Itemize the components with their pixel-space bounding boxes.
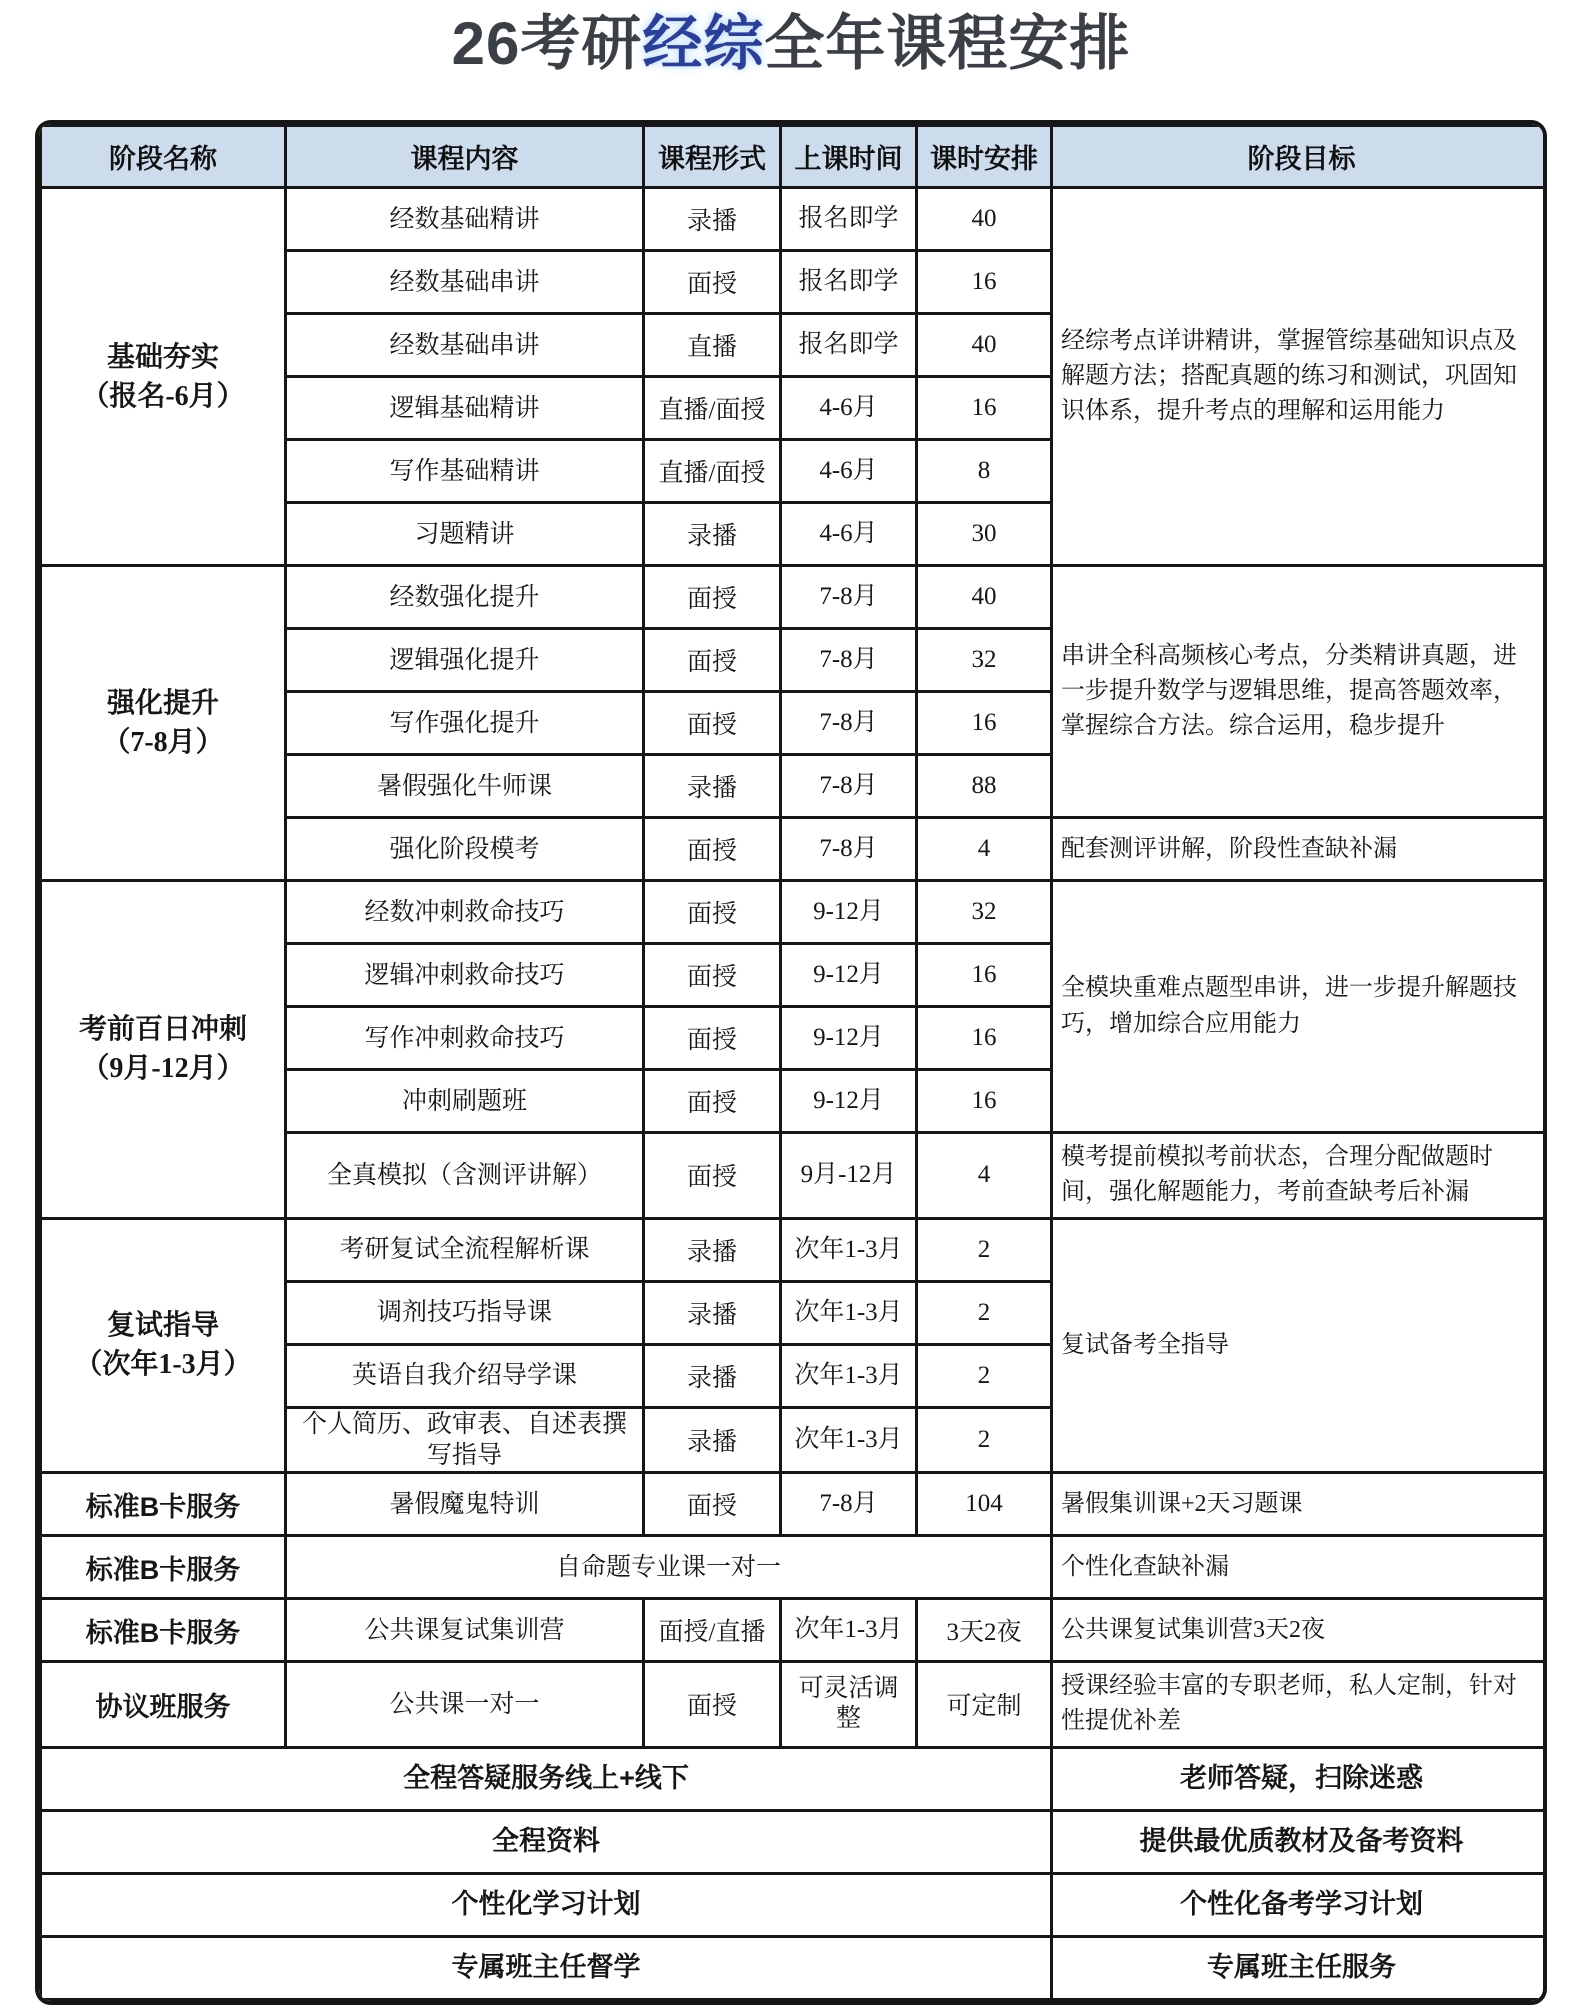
- course-cell: 个人简历、政审表、自述表撰写指导: [286, 1407, 644, 1473]
- service-stage-cell: 标准B卡服务: [41, 1599, 286, 1662]
- course-cell: 经数基础串讲: [286, 251, 644, 314]
- hours-cell: 16: [917, 1070, 1052, 1133]
- time-cell: 报名即学: [781, 188, 917, 251]
- hours-cell: 2: [917, 1281, 1052, 1344]
- stage-dates: （9月-12月）: [46, 1049, 280, 1088]
- hours-cell: 2: [917, 1344, 1052, 1407]
- time-cell: 7-8月: [781, 1473, 917, 1536]
- course-cell: 写作冲刺救命技巧: [286, 1007, 644, 1070]
- table-row: 标准B卡服务 暑假魔鬼特训 面授 7-8月 104 暑假集训课+2天习题课: [41, 1473, 1548, 1536]
- course-cell: 公共课复试集训营: [286, 1599, 644, 1662]
- format-cell: 面授/直播: [644, 1599, 781, 1662]
- course-cell: 写作基础精讲: [286, 440, 644, 503]
- course-cell: 冲刺刷题班: [286, 1070, 644, 1133]
- table-row: 专属班主任督学 专属班主任服务: [41, 1936, 1548, 1999]
- time-cell: 报名即学: [781, 251, 917, 314]
- format-cell: 录播: [644, 503, 781, 566]
- footer-label-cell: 全程资料: [41, 1810, 1052, 1873]
- hours-cell: 2: [917, 1218, 1052, 1281]
- format-cell: 面授: [644, 629, 781, 692]
- time-cell: 次年1-3月: [781, 1599, 917, 1662]
- stage-cell: 强化提升 （7-8月）: [41, 566, 286, 881]
- format-cell: 直播: [644, 314, 781, 377]
- time-cell: 报名即学: [781, 314, 917, 377]
- table-row: 个性化学习计划 个性化备考学习计划: [41, 1873, 1548, 1936]
- hours-cell: 40: [917, 314, 1052, 377]
- course-cell: 暑假强化牛师课: [286, 755, 644, 818]
- format-cell: 录播: [644, 1407, 781, 1473]
- goal-cell: 经综考点详讲精讲，掌握管综基础知识点及解题方法；搭配真题的练习和测试，巩固知识体…: [1052, 188, 1548, 566]
- goal-cell: 公共课复试集训营3天2夜: [1052, 1599, 1548, 1662]
- time-cell: 9-12月: [781, 1070, 917, 1133]
- time-cell: 7-8月: [781, 566, 917, 629]
- goal-cell: 全模块重难点题型串讲，进一步提升解题技巧，增加综合应用能力: [1052, 881, 1548, 1133]
- format-cell: 面授: [644, 692, 781, 755]
- table-header-row: 阶段名称 课程内容 课程形式 上课时间 课时安排 阶段目标: [41, 126, 1548, 188]
- title-prefix: 26考研: [452, 10, 643, 77]
- footer-label-cell: 全程答疑服务线上+线下: [41, 1747, 1052, 1810]
- hours-cell: 32: [917, 881, 1052, 944]
- course-cell: 经数基础串讲: [286, 314, 644, 377]
- course-cell: 经数基础精讲: [286, 188, 644, 251]
- format-cell: 录播: [644, 1218, 781, 1281]
- footer-goal-cell: 老师答疑，扫除迷惑: [1052, 1747, 1548, 1810]
- hours-cell: 40: [917, 566, 1052, 629]
- hours-cell: 8: [917, 440, 1052, 503]
- course-cell: 调剂技巧指导课: [286, 1281, 644, 1344]
- format-cell: 面授: [644, 566, 781, 629]
- course-cell: 写作强化提升: [286, 692, 644, 755]
- format-cell: 面授: [644, 1473, 781, 1536]
- time-cell: 7-8月: [781, 629, 917, 692]
- course-cell: 暑假魔鬼特训: [286, 1473, 644, 1536]
- table-row: 协议班服务 公共课一对一 面授 可灵活调整 可定制 授课经验丰富的专职老师，私人…: [41, 1662, 1548, 1748]
- page-title: 26考研经综全年课程安排: [0, 10, 1582, 77]
- hours-cell: 可定制: [917, 1662, 1052, 1748]
- goal-cell: 授课经验丰富的专职老师，私人定制，针对性提优补差: [1052, 1662, 1548, 1748]
- format-cell: 录播: [644, 1281, 781, 1344]
- table-row: 复试指导 （次年1-3月） 考研复试全流程解析课 录播 次年1-3月 2 复试备…: [41, 1218, 1548, 1281]
- time-cell: 4-6月: [781, 440, 917, 503]
- format-cell: 面授: [644, 818, 781, 881]
- goal-cell: 串讲全科高频核心考点，分类精讲真题，进一步提升数学与逻辑思维，提高答题效率，掌握…: [1052, 566, 1548, 818]
- hours-cell: 16: [917, 251, 1052, 314]
- title-highlight: 经综: [642, 10, 764, 77]
- goal-cell: 复试备考全指导: [1052, 1218, 1548, 1473]
- service-stage-cell: 标准B卡服务: [41, 1473, 286, 1536]
- course-cell: 经数冲刺救命技巧: [286, 881, 644, 944]
- title-suffix: 全年课程安排: [764, 10, 1130, 77]
- time-cell: 次年1-3月: [781, 1344, 917, 1407]
- service-stage-cell: 协议班服务: [41, 1662, 286, 1748]
- course-cell: 逻辑强化提升: [286, 629, 644, 692]
- hours-cell: 88: [917, 755, 1052, 818]
- hours-cell: 32: [917, 629, 1052, 692]
- header-time: 上课时间: [781, 126, 917, 188]
- hours-cell: 16: [917, 377, 1052, 440]
- header-format: 课程形式: [644, 126, 781, 188]
- schedule-table: 阶段名称 课程内容 课程形式 上课时间 课时安排 阶段目标 基础夯实 （报名-6…: [39, 124, 1547, 2001]
- format-cell: 直播/面授: [644, 440, 781, 503]
- service-stage-cell: 标准B卡服务: [41, 1536, 286, 1599]
- format-cell: 面授: [644, 944, 781, 1007]
- header-hours: 课时安排: [917, 126, 1052, 188]
- footer-goal-cell: 提供最优质教材及备考资料: [1052, 1810, 1548, 1873]
- course-cell: 经数强化提升: [286, 566, 644, 629]
- format-cell: 面授: [644, 1007, 781, 1070]
- table-row: 标准B卡服务 自命题专业课一对一 个性化查缺补漏: [41, 1536, 1548, 1599]
- time-cell: 次年1-3月: [781, 1407, 917, 1473]
- course-cell: 习题精讲: [286, 503, 644, 566]
- format-cell: 面授: [644, 881, 781, 944]
- course-cell: 全真模拟（含测评讲解）: [286, 1133, 644, 1219]
- footer-goal-cell: 专属班主任服务: [1052, 1936, 1548, 1999]
- time-cell: 7-8月: [781, 818, 917, 881]
- time-cell: 9月-12月: [781, 1133, 917, 1219]
- header-stage: 阶段名称: [41, 126, 286, 188]
- header-content: 课程内容: [286, 126, 644, 188]
- format-cell: 面授: [644, 1070, 781, 1133]
- hours-cell: 4: [917, 818, 1052, 881]
- goal-cell: 个性化查缺补漏: [1052, 1536, 1548, 1599]
- stage-dates: （次年1-3月）: [46, 1345, 280, 1384]
- format-cell: 面授: [644, 251, 781, 314]
- table-row: 强化提升 （7-8月） 经数强化提升 面授 7-8月 40 串讲全科高频核心考点…: [41, 566, 1548, 629]
- table-row: 全程资料 提供最优质教材及备考资料: [41, 1810, 1548, 1873]
- stage-cell: 复试指导 （次年1-3月）: [41, 1218, 286, 1473]
- course-cell: 考研复试全流程解析课: [286, 1218, 644, 1281]
- hours-cell: 16: [917, 692, 1052, 755]
- time-cell: 9-12月: [781, 881, 917, 944]
- format-cell: 面授: [644, 1662, 781, 1748]
- course-cell: 英语自我介绍导学课: [286, 1344, 644, 1407]
- course-cell: 自命题专业课一对一: [286, 1536, 1052, 1599]
- hours-cell: 4: [917, 1133, 1052, 1219]
- stage-dates: （7-8月）: [46, 723, 280, 762]
- time-cell: 7-8月: [781, 692, 917, 755]
- hours-cell: 30: [917, 503, 1052, 566]
- time-cell: 次年1-3月: [781, 1281, 917, 1344]
- stage-name: 考前百日冲刺: [46, 1010, 280, 1049]
- footer-goal-cell: 个性化备考学习计划: [1052, 1873, 1548, 1936]
- stage-cell: 基础夯实 （报名-6月）: [41, 188, 286, 566]
- hours-cell: 2: [917, 1407, 1052, 1473]
- hours-cell: 16: [917, 944, 1052, 1007]
- stage-cell: 考前百日冲刺 （9月-12月）: [41, 881, 286, 1219]
- format-cell: 直播/面授: [644, 377, 781, 440]
- stage-name: 基础夯实: [46, 338, 280, 377]
- time-cell: 可灵活调整: [781, 1662, 917, 1748]
- format-cell: 录播: [644, 1344, 781, 1407]
- time-cell: 9-12月: [781, 1007, 917, 1070]
- time-cell: 4-6月: [781, 503, 917, 566]
- course-cell: 逻辑基础精讲: [286, 377, 644, 440]
- goal-cell: 配套测评讲解，阶段性查缺补漏: [1052, 818, 1548, 881]
- format-cell: 录播: [644, 755, 781, 818]
- course-cell: 强化阶段模考: [286, 818, 644, 881]
- hours-cell: 16: [917, 1007, 1052, 1070]
- course-cell: 逻辑冲刺救命技巧: [286, 944, 644, 1007]
- table-row: 考前百日冲刺 （9月-12月） 经数冲刺救命技巧 面授 9-12月 32 全模块…: [41, 881, 1548, 944]
- stage-name: 复试指导: [46, 1306, 280, 1345]
- time-cell: 7-8月: [781, 755, 917, 818]
- hours-cell: 104: [917, 1473, 1052, 1536]
- time-cell: 次年1-3月: [781, 1218, 917, 1281]
- goal-cell: 模考提前模拟考前状态，合理分配做题时间，强化解题能力，考前查缺考后补漏: [1052, 1133, 1548, 1219]
- stage-name: 强化提升: [46, 684, 280, 723]
- footer-label-cell: 个性化学习计划: [41, 1873, 1052, 1936]
- format-cell: 面授: [644, 1133, 781, 1219]
- footer-label-cell: 专属班主任督学: [41, 1936, 1052, 1999]
- schedule-table-wrap: 阶段名称 课程内容 课程形式 上课时间 课时安排 阶段目标 基础夯实 （报名-6…: [35, 120, 1547, 2005]
- format-cell: 录播: [644, 188, 781, 251]
- stage-dates: （报名-6月）: [46, 377, 280, 416]
- course-cell: 公共课一对一: [286, 1662, 644, 1748]
- table-row: 标准B卡服务 公共课复试集训营 面授/直播 次年1-3月 3天2夜 公共课复试集…: [41, 1599, 1548, 1662]
- table-row: 全程答疑服务线上+线下 老师答疑，扫除迷惑: [41, 1747, 1548, 1810]
- header-goal: 阶段目标: [1052, 126, 1548, 188]
- time-cell: 9-12月: [781, 944, 917, 1007]
- time-cell: 4-6月: [781, 377, 917, 440]
- hours-cell: 3天2夜: [917, 1599, 1052, 1662]
- hours-cell: 40: [917, 188, 1052, 251]
- goal-cell: 暑假集训课+2天习题课: [1052, 1473, 1548, 1536]
- table-row: 基础夯实 （报名-6月） 经数基础精讲 录播 报名即学 40 经综考点详讲精讲，…: [41, 188, 1548, 251]
